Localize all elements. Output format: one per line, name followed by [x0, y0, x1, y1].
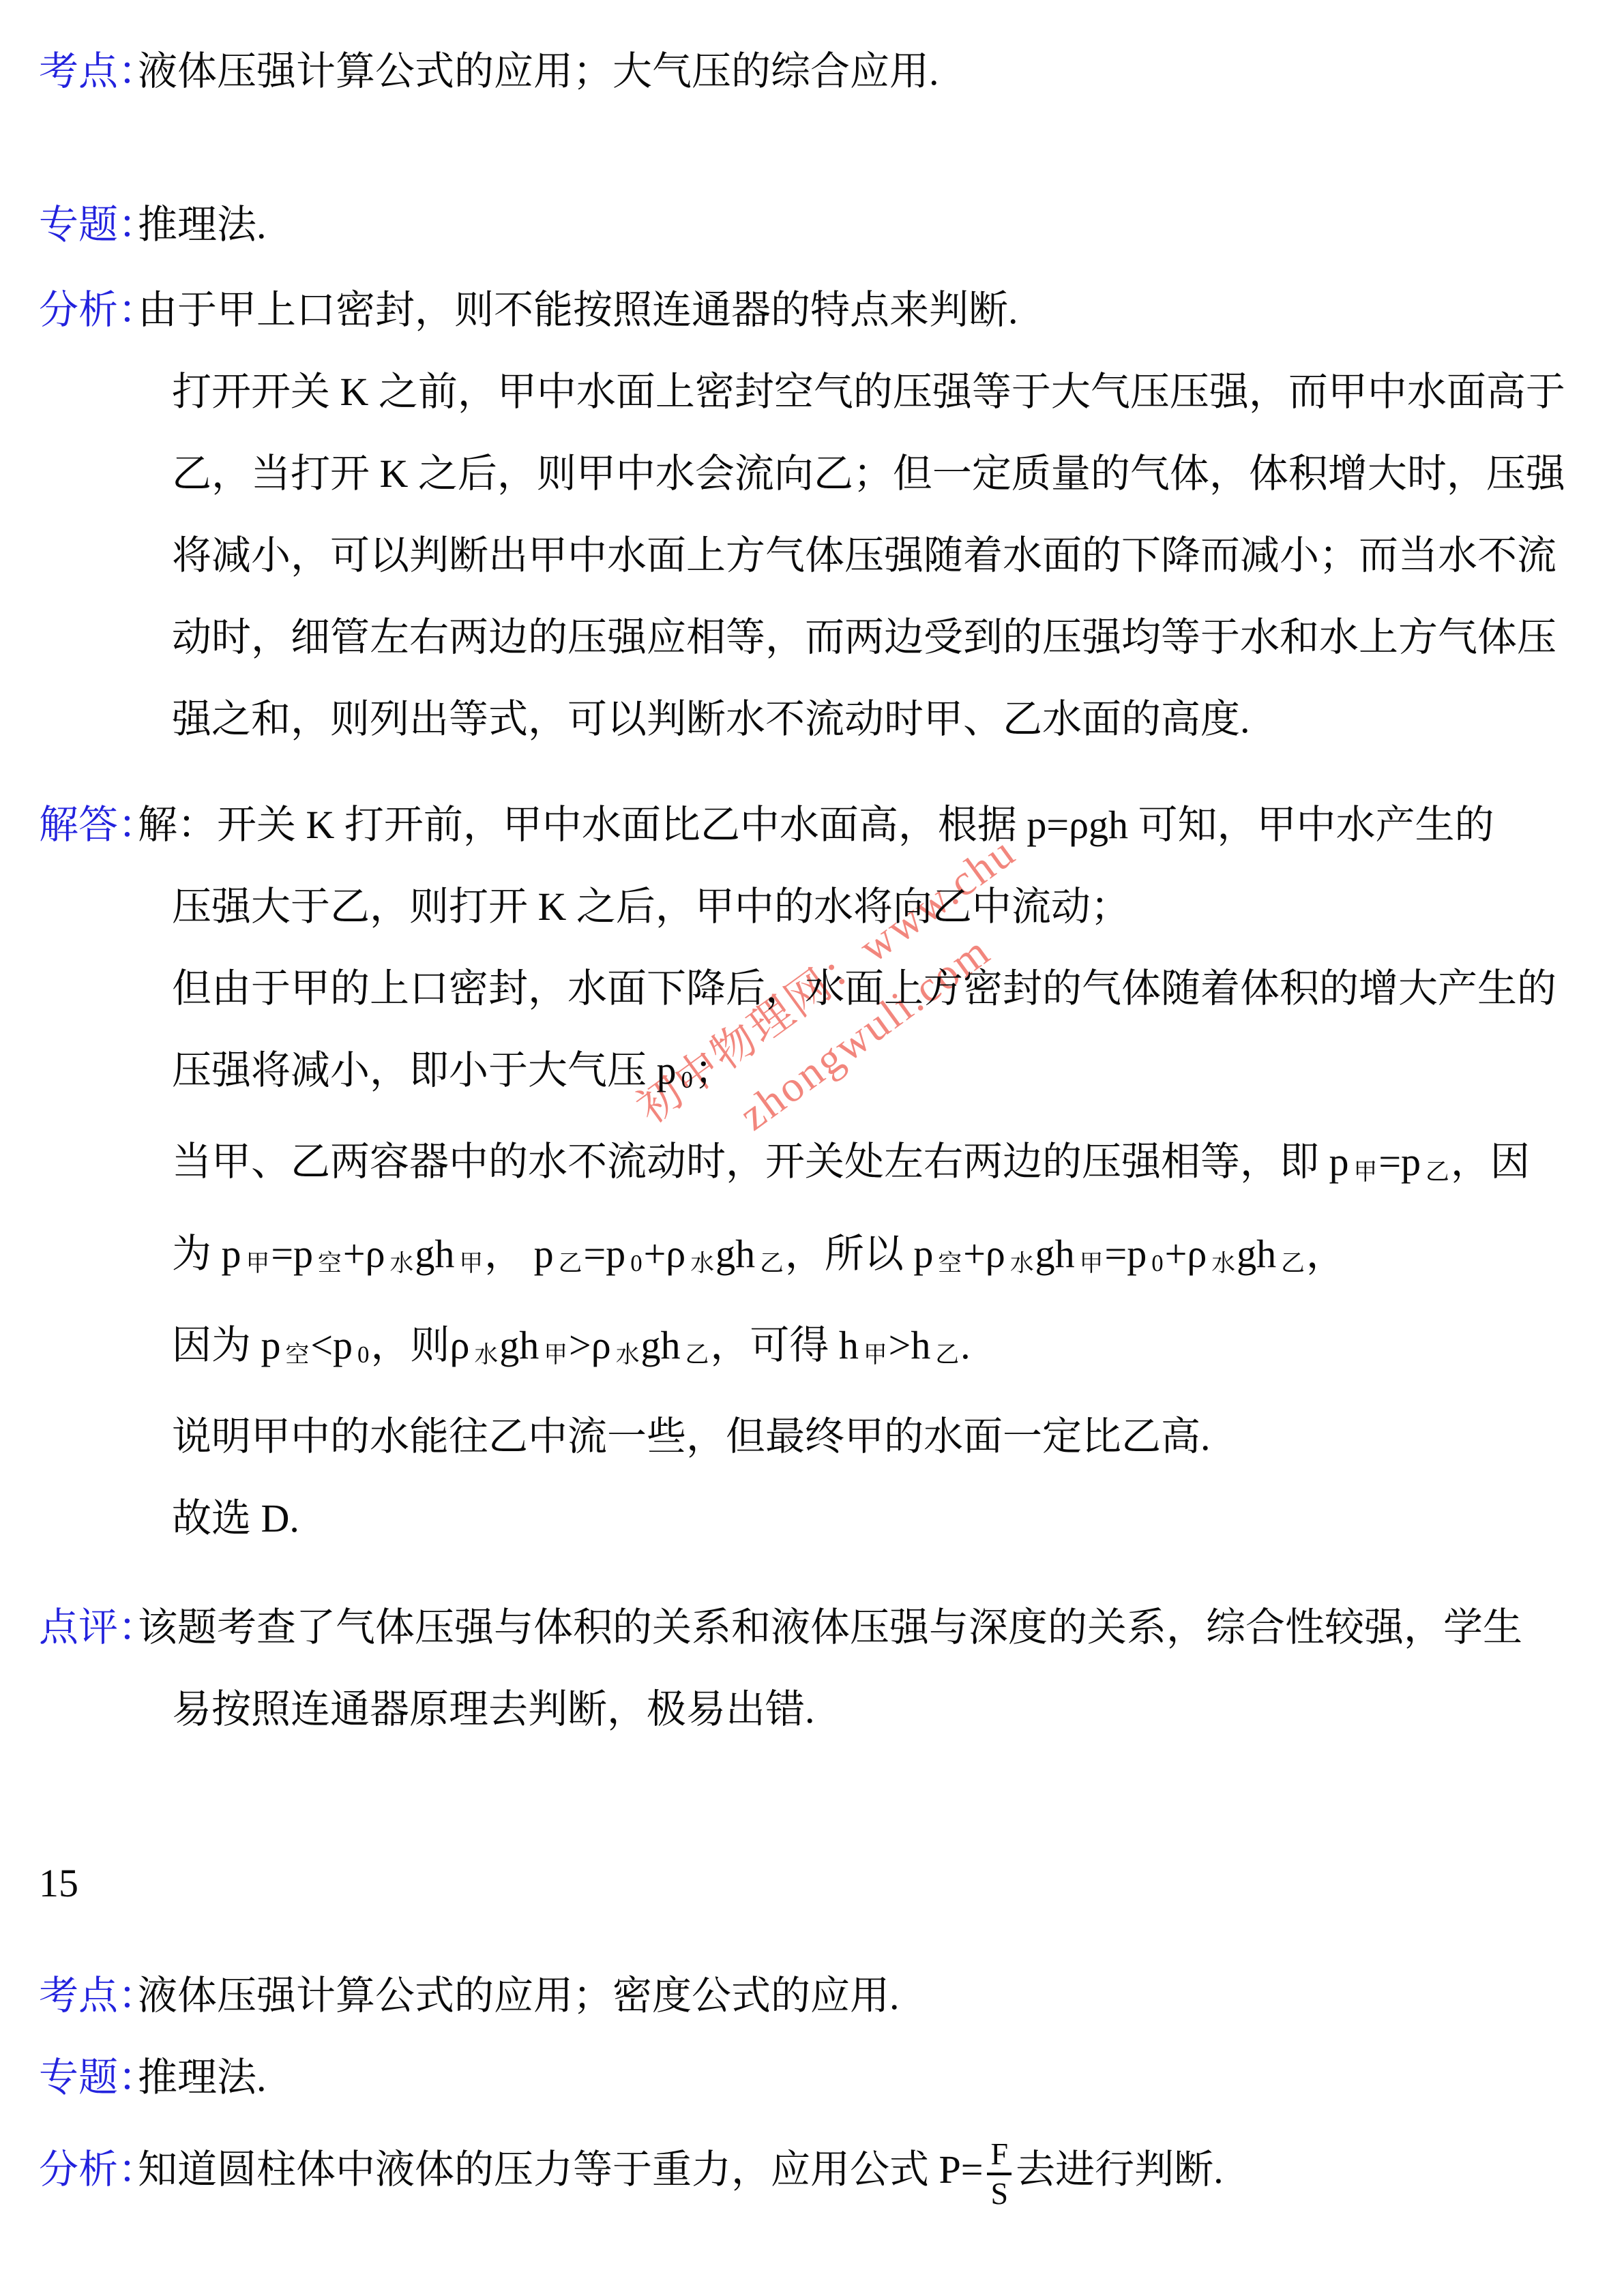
section-zhuanti-1: 专题：推理法. — [0, 184, 1624, 266]
subscript: 空 — [286, 1341, 310, 1368]
text-line: 考点：液体压强计算公式的应用；密度公式的应用. — [0, 1955, 1624, 2037]
section-dianping: 点评：该题考查了气体压强与体积的关系和液体压强与深度的关系，综合性较强，学生易按… — [0, 1587, 1624, 1750]
text-line: 专题：推理法. — [0, 184, 1624, 266]
fraction-numerator: F — [987, 2137, 1012, 2175]
text-line: 专题：推理法. — [0, 2037, 1624, 2119]
text-line: 乙，当打开 K 之后，则甲中水会流向乙；但一定质量的气体，体积增大时，压强 — [0, 433, 1624, 515]
section-kaodian-2: 考点：液体压强计算公式的应用；密度公式的应用. — [0, 1955, 1624, 2037]
section-label-jieda: 解答： — [39, 784, 158, 866]
section-label-fenxi-1: 分析： — [39, 269, 158, 351]
question-number: 15 — [0, 1843, 1624, 1924]
text-line: 动时，细管左右两边的压强应相等，而两边受到的压强均等于水和水上方气体压 — [0, 597, 1624, 679]
section-question-number: 15 — [0, 1843, 1624, 1924]
section-fenxi-1: 分析：由于甲上口密封，则不能按照连通器的特点来判断.打开开关 K 之前，甲中水面… — [0, 269, 1624, 760]
text-line: 故选 D. — [0, 1478, 1624, 1560]
subscript: 乙 — [1426, 1159, 1449, 1185]
subscript: 水 — [390, 1250, 414, 1277]
subscript: 水 — [616, 1341, 640, 1368]
section-jieda: 解答：解：开关 K 打开前，甲中水面比乙中水面高，根据 p=ρgh 可知，甲中水… — [0, 784, 1624, 1560]
section-label-dianping: 点评： — [39, 1587, 158, 1669]
text-line: 易按照连通器原理去判断，极易出错. — [0, 1669, 1624, 1750]
section-label-fenxi-2: 分析： — [39, 2129, 158, 2211]
section-fenxi-2: 分析：知道圆柱体中液体的压力等于重力，应用公式 P=FS去进行判断. — [0, 2129, 1624, 2211]
subscript: 0 — [357, 1341, 369, 1368]
subscript: 水 — [1211, 1250, 1235, 1277]
subscript: 空 — [318, 1250, 342, 1277]
text-line: 打开开关 K 之前，甲中水面上密封空气的压强等于大气压压强，而甲中水面高于 — [0, 351, 1624, 433]
subscript: 乙 — [935, 1341, 959, 1368]
text-line: 压强大于乙，则打开 K 之后，甲中的水将向乙中流动； — [0, 866, 1624, 948]
subscript: 0 — [1151, 1250, 1163, 1277]
section-kaodian-1: 考点：液体压强计算公式的应用；大气压的综合应用. — [0, 31, 1624, 113]
subscript: 甲 — [246, 1250, 270, 1277]
text-line: 说明甲中的水能往乙中流一些，但最终甲的水面一定比乙高. — [0, 1396, 1624, 1478]
section-label-zhuanti-1: 专题： — [39, 184, 158, 266]
section-label-kaodian-2: 考点： — [39, 1955, 158, 2037]
section-label-kaodian-1: 考点： — [39, 31, 158, 113]
subscript: 水 — [1010, 1250, 1034, 1277]
subscript: 水 — [690, 1250, 714, 1277]
text-line: 但由于甲的上口密封，水面下降后，水面上方密封的气体随着体积的增大产生的 — [0, 948, 1624, 1030]
text-line: 当甲、乙两容器中的水不流动时，开关处左右两边的压强相等，即 p甲=p乙，因 — [0, 1121, 1624, 1212]
text-line: 将减小，可以判断出甲中水面上方气体压强随着水面的下降而减小；而当水不流 — [0, 515, 1624, 597]
text-line: 分析：知道圆柱体中液体的压力等于重力，应用公式 P=FS去进行判断. — [0, 2129, 1624, 2211]
subscript: 乙 — [685, 1341, 709, 1368]
subscript: 0 — [681, 1067, 693, 1093]
subscript: 0 — [630, 1250, 642, 1277]
fraction: FS — [987, 2137, 1012, 2210]
subscript: 乙 — [760, 1250, 784, 1277]
subscript: 甲 — [1354, 1159, 1378, 1185]
subscript: 空 — [938, 1250, 962, 1277]
subscript: 甲 — [459, 1250, 483, 1277]
text-line: 分析：由于甲上口密封，则不能按照连通器的特点来判断. — [0, 269, 1624, 351]
subscript: 甲 — [1080, 1250, 1104, 1277]
subscript: 水 — [474, 1341, 498, 1368]
subscript: 乙 — [1281, 1250, 1305, 1277]
section-label-zhuanti-2: 专题： — [39, 2037, 158, 2119]
text-line: 压强将减小，即小于大气压 p0； — [0, 1030, 1624, 1121]
text-line: 强之和，则列出等式，可以判断水不流动时甲、乙水面的高度. — [0, 679, 1624, 760]
text-line: 点评：该题考查了气体压强与体积的关系和液体压强与深度的关系，综合性较强，学生 — [0, 1587, 1624, 1669]
subscript: 乙 — [559, 1250, 582, 1277]
subscript: 甲 — [863, 1341, 887, 1368]
text-line: 为 p甲=p空+ρ水gh甲， p乙=p0+ρ水gh乙，所以 p空+ρ水gh甲=p… — [0, 1213, 1624, 1304]
section-zhuanti-2: 专题：推理法. — [0, 2037, 1624, 2119]
fraction-denominator: S — [990, 2175, 1008, 2211]
text-line: 因为 p空<p0，则ρ水gh甲>ρ水gh乙，可得 h甲>h乙. — [0, 1304, 1624, 1396]
text-line: 考点：液体压强计算公式的应用；大气压的综合应用. — [0, 31, 1624, 113]
text-line: 解答：解：开关 K 打开前，甲中水面比乙中水面高，根据 p=ρgh 可知，甲中水… — [0, 784, 1624, 866]
subscript: 甲 — [544, 1341, 567, 1368]
document-content: 考点：液体压强计算公式的应用；大气压的综合应用.专题：推理法.分析：由于甲上口密… — [0, 31, 1624, 2211]
document-page: 初中物理网：www.chu zhongwuli.com 考点：液体压强计算公式的… — [0, 0, 1624, 2296]
